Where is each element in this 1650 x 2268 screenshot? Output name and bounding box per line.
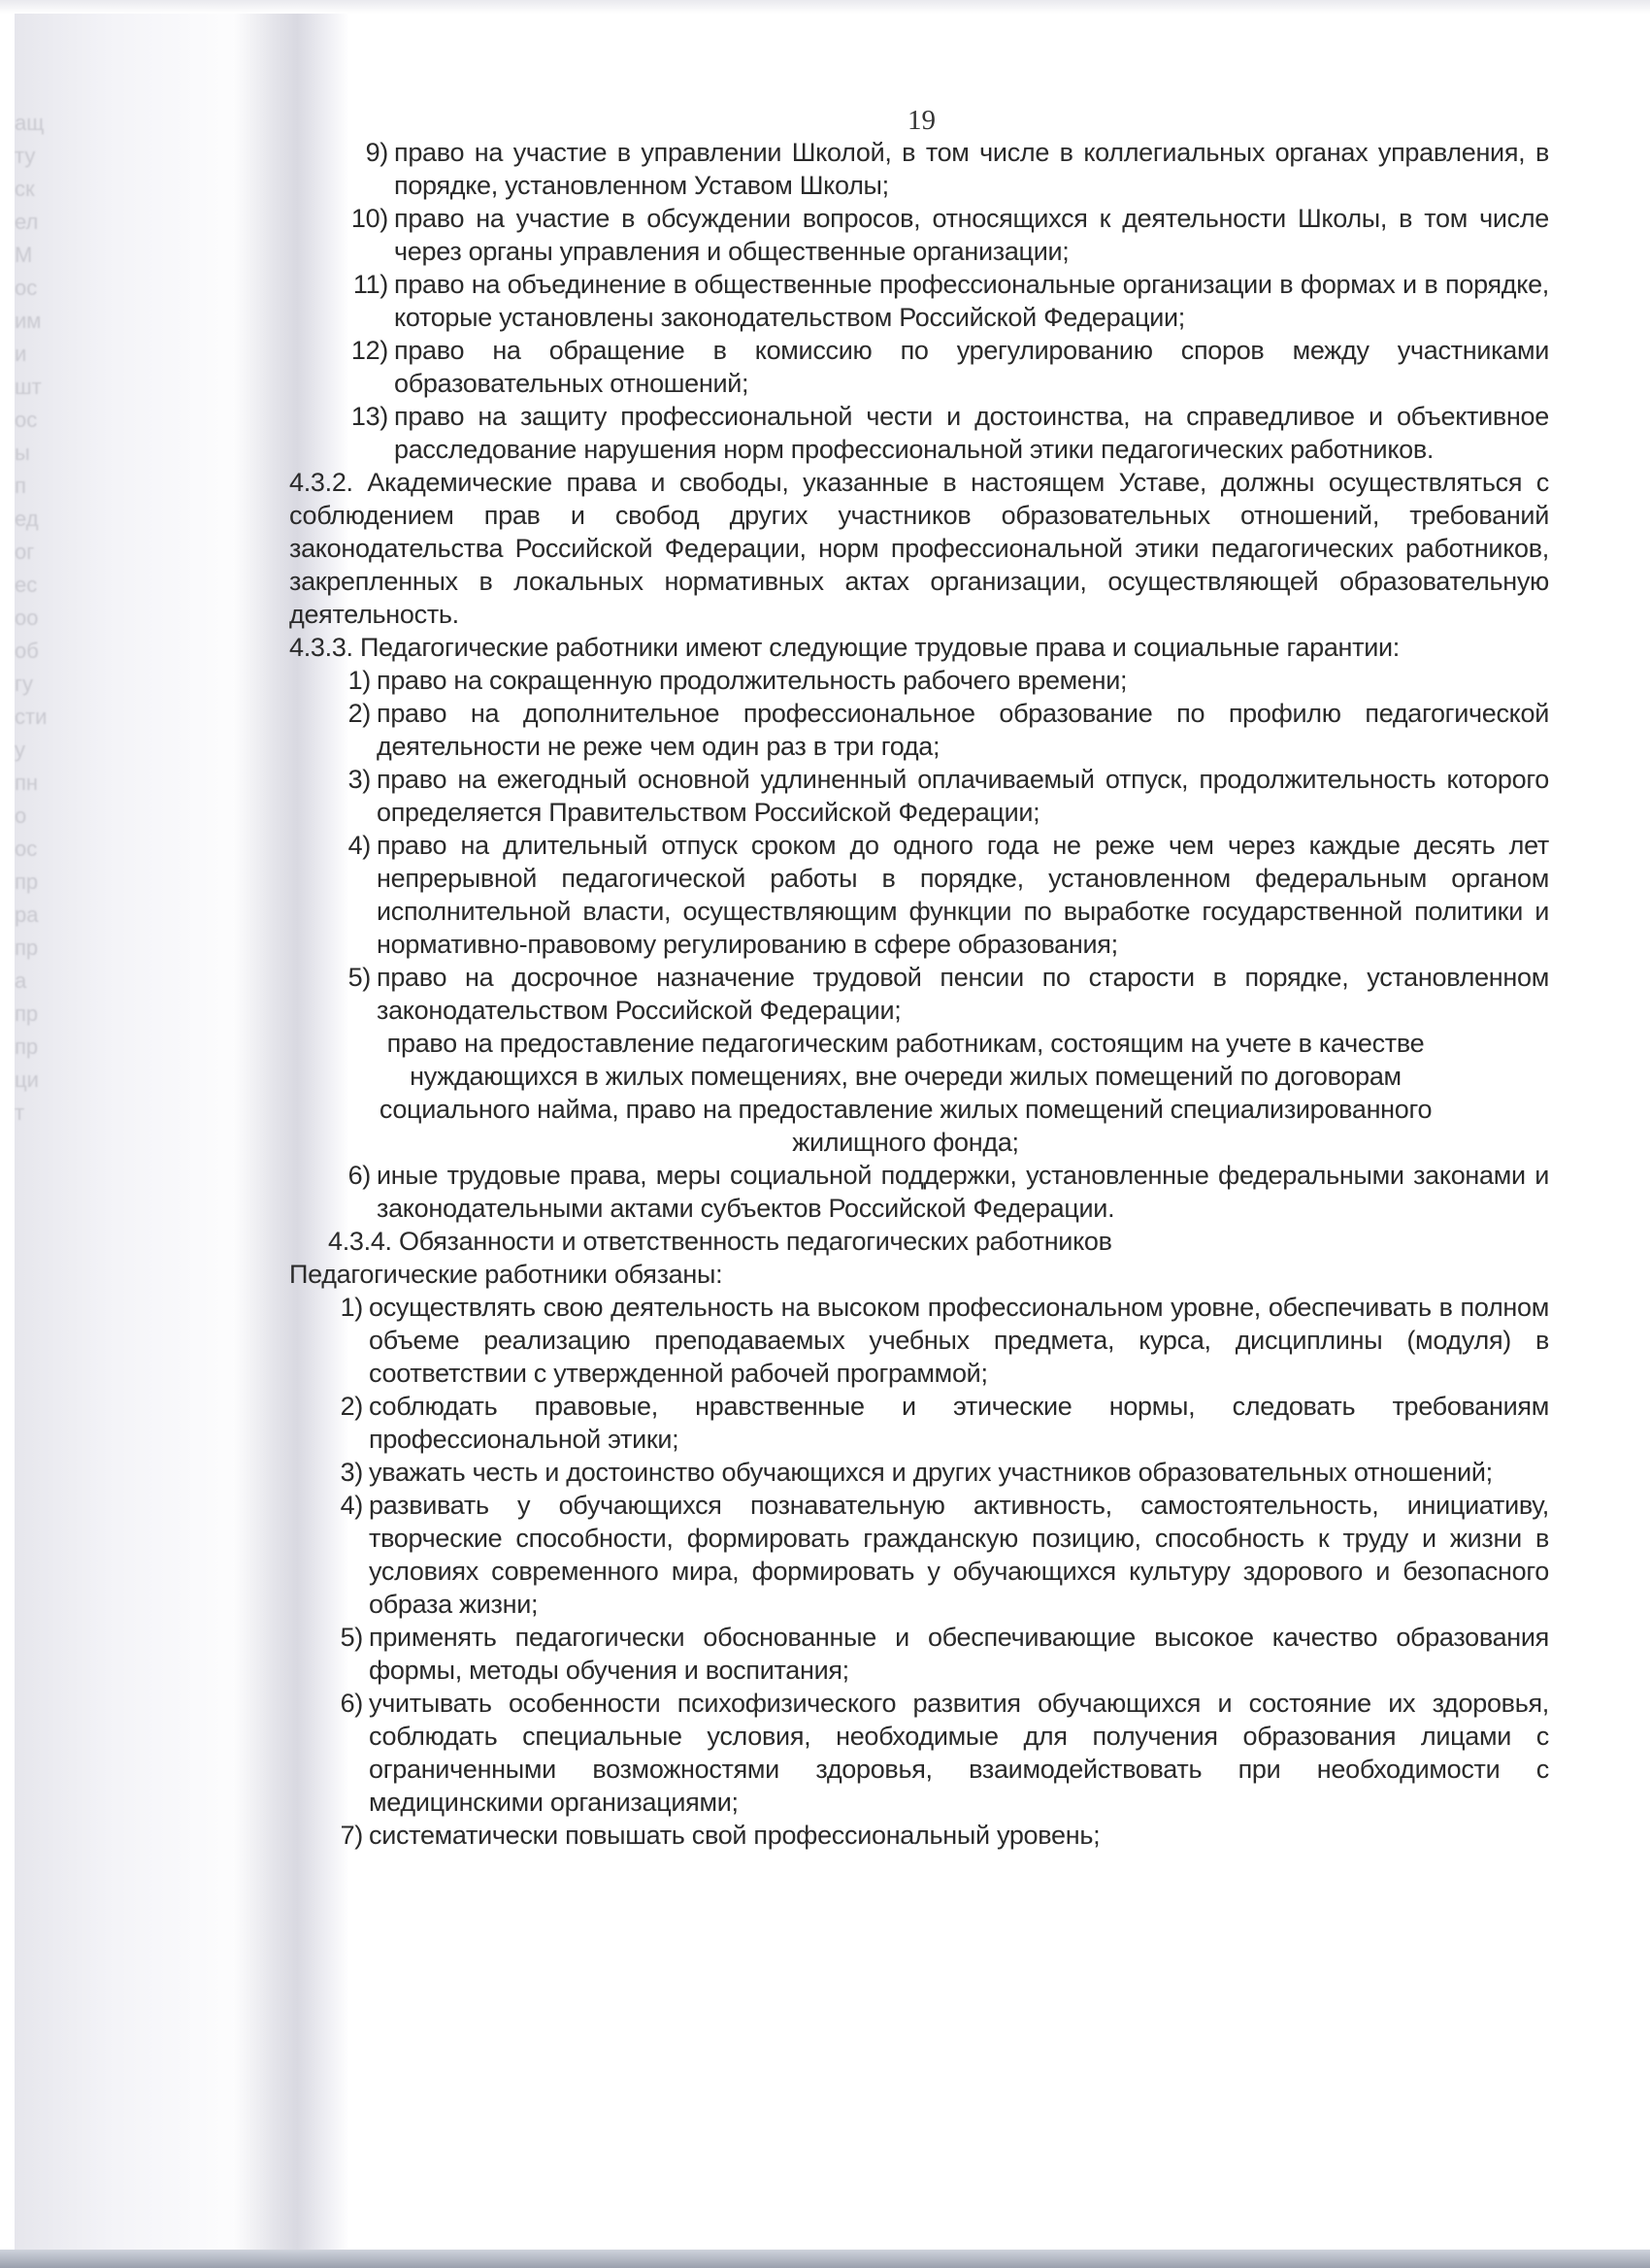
list-item: 3)право на ежегодный основной удлиненный… <box>328 763 1549 829</box>
list-item-text: право на участие в управлении Школой, в … <box>394 136 1549 202</box>
rights-list-continued: 9)право на участие в управлении Школой, … <box>289 136 1549 466</box>
list-item-number: 2) <box>320 1390 369 1456</box>
list-item: 4)право на длительный отпуск сроком до о… <box>328 829 1549 961</box>
list-item: 5)право на досрочное назначение трудовой… <box>328 961 1549 1027</box>
list-item: 12)право на обращение в комиссию по урег… <box>340 334 1549 400</box>
duties-list: 1)осуществлять свою деятельность на высо… <box>289 1291 1549 1852</box>
list-item-text: право на дополнительное профессиональное… <box>377 697 1549 763</box>
list-item: 3)уважать честь и достоинство обучающихс… <box>320 1456 1549 1489</box>
housing-line: нуждающихся в жилых помещениях, вне очер… <box>289 1060 1522 1093</box>
list-item: 2)соблюдать правовые, нравственные и эти… <box>320 1390 1549 1456</box>
list-item-number: 4) <box>320 1489 369 1621</box>
housing-right-paragraph: право на предоставление педагогическим р… <box>289 1027 1522 1159</box>
list-item-text: право на длительный отпуск сроком до одн… <box>377 829 1549 961</box>
section-4-3-2: 4.3.2. Академические права и свободы, ук… <box>289 466 1549 631</box>
scan-top-edge <box>0 0 1650 14</box>
list-item-text: систематически повышать свой профессиона… <box>369 1819 1549 1852</box>
list-item-number: 12) <box>340 334 394 400</box>
list-item-number: 3) <box>328 763 377 829</box>
list-item-text: учитывать особенности психофизического р… <box>369 1687 1549 1819</box>
list-item: 11)право на объединение в общественные п… <box>340 268 1549 334</box>
labor-rights-list-continued: 6)иные трудовые права, меры социальной п… <box>289 1159 1549 1225</box>
list-item: 13)право на защиту профессиональной чест… <box>340 400 1549 466</box>
list-item: 2)право на дополнительное профессиональн… <box>328 697 1549 763</box>
facing-page-bleed-text: ащ ту ск ел М ос им и шт ос ы п ед ог ес… <box>15 107 82 1130</box>
list-item: 6)иные трудовые права, меры социальной п… <box>328 1159 1549 1225</box>
list-item-number: 4) <box>328 829 377 961</box>
list-item: 10)право на участие в обсуждении вопросо… <box>340 202 1549 268</box>
list-item-text: право на участие в обсуждении вопросов, … <box>394 202 1549 268</box>
document-body: 9)право на участие в управлении Школой, … <box>289 136 1549 1852</box>
section-4-3-4-intro: Педагогические работники обязаны: <box>289 1258 1549 1291</box>
list-item-text: право на обращение в комиссию по урегули… <box>394 334 1549 400</box>
list-item-number: 5) <box>328 961 377 1027</box>
list-item-number: 6) <box>320 1687 369 1819</box>
list-item-text: уважать честь и достоинство обучающихся … <box>369 1456 1549 1489</box>
list-item: 5)применять педагогически обоснованные и… <box>320 1621 1549 1687</box>
section-4-3-3-intro: 4.3.3. Педагогические работники имеют сл… <box>289 631 1549 664</box>
list-item-text: соблюдать правовые, нравственные и этиче… <box>369 1390 1549 1456</box>
list-item-number: 2) <box>328 697 377 763</box>
list-item: 1)осуществлять свою деятельность на высо… <box>320 1291 1549 1390</box>
list-item-text: право на защиту профессиональной чести и… <box>394 400 1549 466</box>
list-item-text: развивать у обучающихся познавательную а… <box>369 1489 1549 1621</box>
list-item: 9)право на участие в управлении Школой, … <box>340 136 1549 202</box>
list-item-number: 6) <box>328 1159 377 1225</box>
scan-bottom-edge <box>0 2250 1650 2268</box>
list-item-number: 11) <box>340 268 394 334</box>
list-item-text: право на досрочное назначение трудовой п… <box>377 961 1549 1027</box>
list-item-text: право на сокращенную продолжительность р… <box>377 664 1549 697</box>
list-item-number: 3) <box>320 1456 369 1489</box>
list-item-text: применять педагогически обоснованные и о… <box>369 1621 1549 1687</box>
list-item: 7)систематически повышать свой профессио… <box>320 1819 1549 1852</box>
list-item-text: осуществлять свою деятельность на высоко… <box>369 1291 1549 1390</box>
housing-line: право на предоставление педагогическим р… <box>289 1027 1522 1060</box>
list-item-number: 9) <box>340 136 394 202</box>
list-item: 1)право на сокращенную продолжительность… <box>328 664 1549 697</box>
page-number: 19 <box>907 105 936 137</box>
housing-line: социального найма, право на предоставлен… <box>289 1093 1522 1126</box>
list-item-number: 13) <box>340 400 394 466</box>
section-4-3-4-heading: 4.3.4. Обязанности и ответственность пед… <box>328 1225 1549 1258</box>
housing-line: жилищного фонда; <box>289 1126 1522 1159</box>
labor-rights-list: 1)право на сокращенную продолжительность… <box>289 664 1549 1027</box>
list-item-number: 5) <box>320 1621 369 1687</box>
list-item-text: право на ежегодный основной удлиненный о… <box>377 763 1549 829</box>
list-item-number: 10) <box>340 202 394 268</box>
list-item-number: 7) <box>320 1819 369 1852</box>
list-item-text: иные трудовые права, меры социальной под… <box>377 1159 1549 1225</box>
list-item-number: 1) <box>328 664 377 697</box>
list-item: 6)учитывать особенности психофизического… <box>320 1687 1549 1819</box>
list-item-text: право на объединение в общественные проф… <box>394 268 1549 334</box>
list-item-number: 1) <box>320 1291 369 1390</box>
list-item: 4)развивать у обучающихся познавательную… <box>320 1489 1549 1621</box>
